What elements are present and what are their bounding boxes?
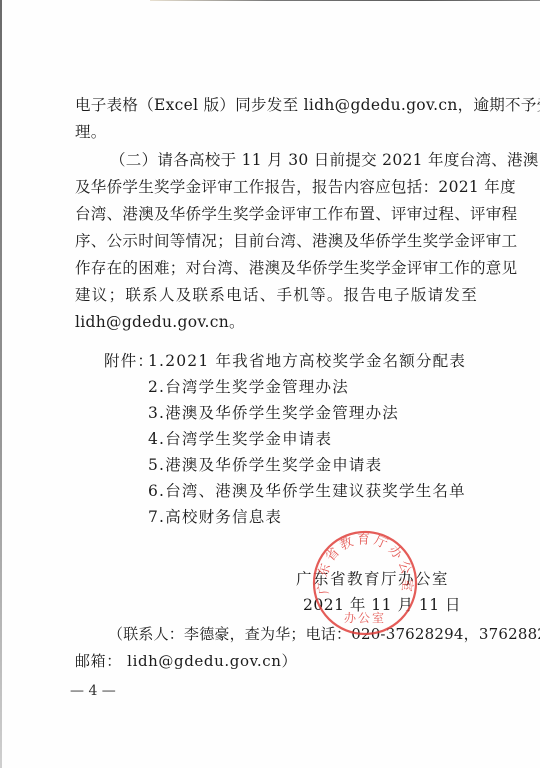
scan-edge-top [150, 0, 540, 1]
attachment-item-1: 1.2021 年我省地方高校奖学金名额分配表 [148, 350, 466, 372]
paragraph-2-line-7: lidh@gdedu.gov.cn。 [75, 311, 477, 333]
paragraph-2-line-6: 建议；联系人及联系电话、手机等。报告电子版请发至 [75, 284, 477, 306]
attachment-item-3: 3.港澳及华侨学生奖学金管理办法 [148, 402, 399, 424]
attachment-item-5: 5.港澳及华侨学生奖学金申请表 [148, 454, 382, 476]
paragraph-2-line-3: 台湾、港澳及华侨学生奖学金评审工作布置、评审过程、评审程 [75, 203, 477, 225]
paragraph-1-line-1: 电子表格（Excel 版）同步发至 lidh@gdedu.gov.cn，逾期不予… [75, 94, 477, 116]
paragraph-2-line-2: 及华侨学生奖学金评审工作报告，报告内容应包括：2021 年度 [75, 176, 477, 198]
page-number: — 4 — [70, 680, 116, 702]
contact-line-1: （联系人：李德豪，查为华；电话：020-37628294，37628824， [108, 623, 540, 645]
paragraph-2-line-5: 作存在的困难；对台湾、港澳及华侨学生奖学金评审工作的意见 [75, 257, 477, 279]
attachments-label: 附件： [104, 350, 154, 372]
contact-line-2: 邮箱： lidh@gdedu.gov.cn） [75, 650, 297, 672]
signature-date: 2021 年 11 月 11 日 [303, 594, 461, 616]
paragraph-2-line-1: （二）请各高校于 11 月 30 日前提交 2021 年度台湾、港澳 [110, 149, 477, 171]
paragraph-1-line-2: 理。 [75, 121, 477, 143]
document-page: 电子表格（Excel 版）同步发至 lidh@gdedu.gov.cn，逾期不予… [0, 0, 540, 768]
attachment-item-7: 7.高校财务信息表 [148, 506, 282, 528]
scan-edge-left [0, 0, 2, 768]
signature-organization: 广东省教育厅办公室 [296, 568, 449, 590]
attachment-item-2: 2.台湾学生奖学金管理办法 [148, 376, 349, 398]
attachment-item-4: 4.台湾学生奖学金申请表 [148, 428, 332, 450]
paragraph-2-line-4: 序、公示时间等情况；目前台湾、港澳及华侨学生奖学金评审工 [75, 230, 477, 252]
attachment-item-6: 6.台湾、港澳及华侨学生建议获奖学生名单 [148, 480, 466, 502]
